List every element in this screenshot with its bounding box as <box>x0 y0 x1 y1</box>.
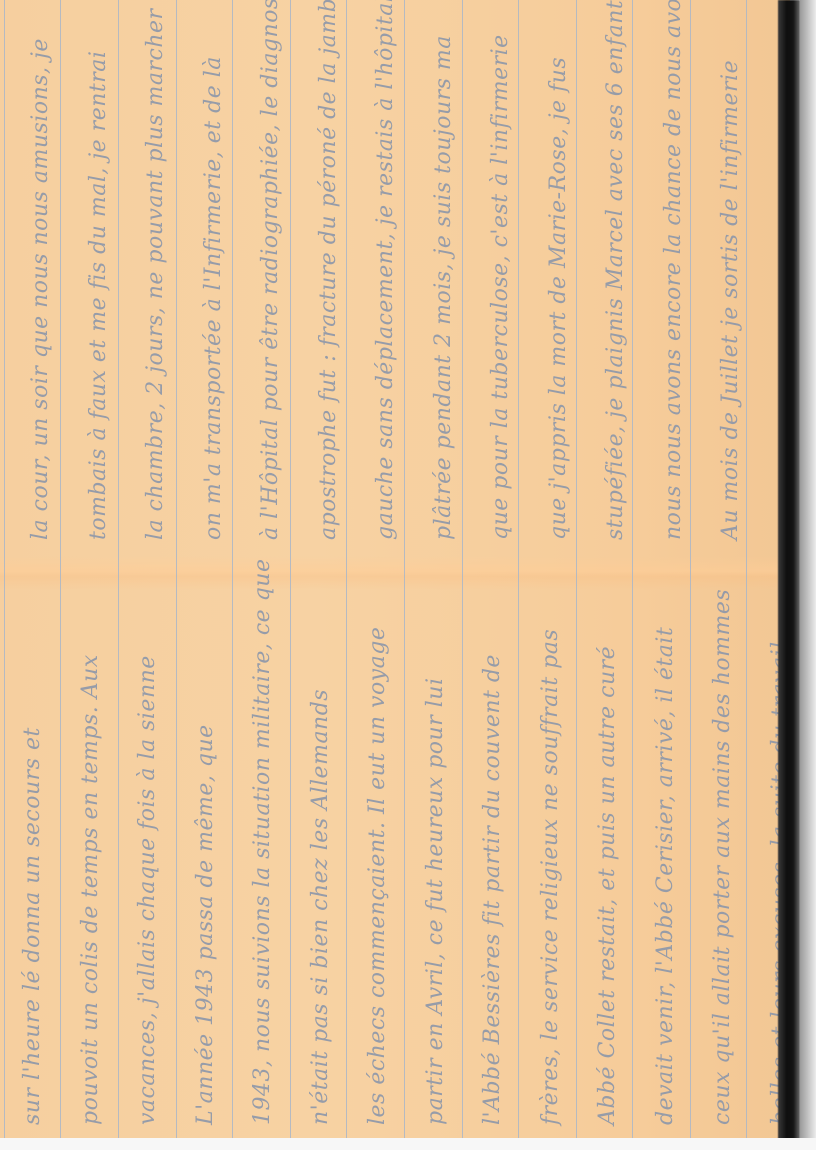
ruled-line <box>232 0 233 1138</box>
handwritten-line: les échecs commençaient. Il eut un voyag… <box>365 627 390 1125</box>
handwritten-line: pouvoit un colis de temps en temps. Aux <box>78 654 103 1125</box>
handwritten-line: on m'a transportée à l'Infirmerie, et de… <box>201 56 226 540</box>
scan-margin <box>0 1138 816 1150</box>
ruled-line <box>632 0 633 1138</box>
handwritten-line: que j'appris la mort de Marie-Rose, je f… <box>546 57 571 540</box>
handwritten-line: frères, le service religieux ne souffrai… <box>538 629 563 1125</box>
notebook-binding-edge <box>778 0 800 1150</box>
ruled-line <box>118 0 119 1138</box>
handwritten-line: tombais à faux et me fis du mal, je rent… <box>86 51 111 540</box>
handwritten-line: nous nous avons encore la chance de nous… <box>661 0 686 540</box>
handwritten-line: que pour la tuberculose, c'est à l'infir… <box>488 34 513 540</box>
handwritten-line: devait venir, l'Abbé Cerisier, arrivé, i… <box>653 627 678 1125</box>
handwritten-line: L'année 1943 passa de même, que <box>193 724 218 1125</box>
ruled-line <box>176 0 177 1138</box>
ruled-line <box>290 0 291 1138</box>
handwritten-line: gauche sans déplacement, je restais à l'… <box>373 0 398 540</box>
handwritten-line: la cour, un soir que nous nous amusions,… <box>28 38 53 540</box>
handwritten-line: plâtrée pendant 2 mois, je suis toujours… <box>431 35 456 540</box>
ruled-line <box>346 0 347 1138</box>
handwritten-line: partir en Avril, ce fut heureux pour lui <box>423 678 448 1125</box>
ruled-line <box>746 0 747 1138</box>
ruled-line <box>576 0 577 1138</box>
handwritten-line: n'était pas si bien chez les Allemands <box>308 689 333 1125</box>
handwritten-line: Au mois de Juillet je sortis de l'infirm… <box>718 60 743 540</box>
notebook-page: la cour, un soir que nous nous amusions,… <box>0 0 790 1138</box>
ruled-line <box>690 0 691 1138</box>
handwritten-line: ceux qu'il allait porter aux mains des h… <box>710 589 735 1125</box>
ruled-line <box>60 0 61 1138</box>
handwritten-line: 1943, nous suivions la situation militai… <box>250 559 275 1125</box>
handwritten-line: stupéfiée, je plaignis Marcel avec ses 6… <box>603 0 628 540</box>
handwritten-line: l'Abbé Bessières fit partir du couvent d… <box>480 654 505 1125</box>
scan-shadow <box>800 0 816 1150</box>
handwritten-line: sur l'heure lé donna un secours et <box>20 727 45 1125</box>
handwritten-line: à l'Hôpital pour être radiographiée, le … <box>258 0 283 540</box>
ruled-line <box>404 0 405 1138</box>
handwritten-line: la chambre, 2 jours, ne pouvant plus mar… <box>143 8 168 540</box>
handwritten-line: apostrophe fut : fracture du péroné de l… <box>316 0 341 540</box>
ruled-line <box>518 0 519 1138</box>
ruled-line <box>4 0 5 1138</box>
handwritten-line: vacances, j'allais chaque fois à la sien… <box>135 655 160 1125</box>
ruled-line <box>462 0 463 1138</box>
handwritten-line: Abbé Collet restait, et puis un autre cu… <box>595 646 620 1125</box>
